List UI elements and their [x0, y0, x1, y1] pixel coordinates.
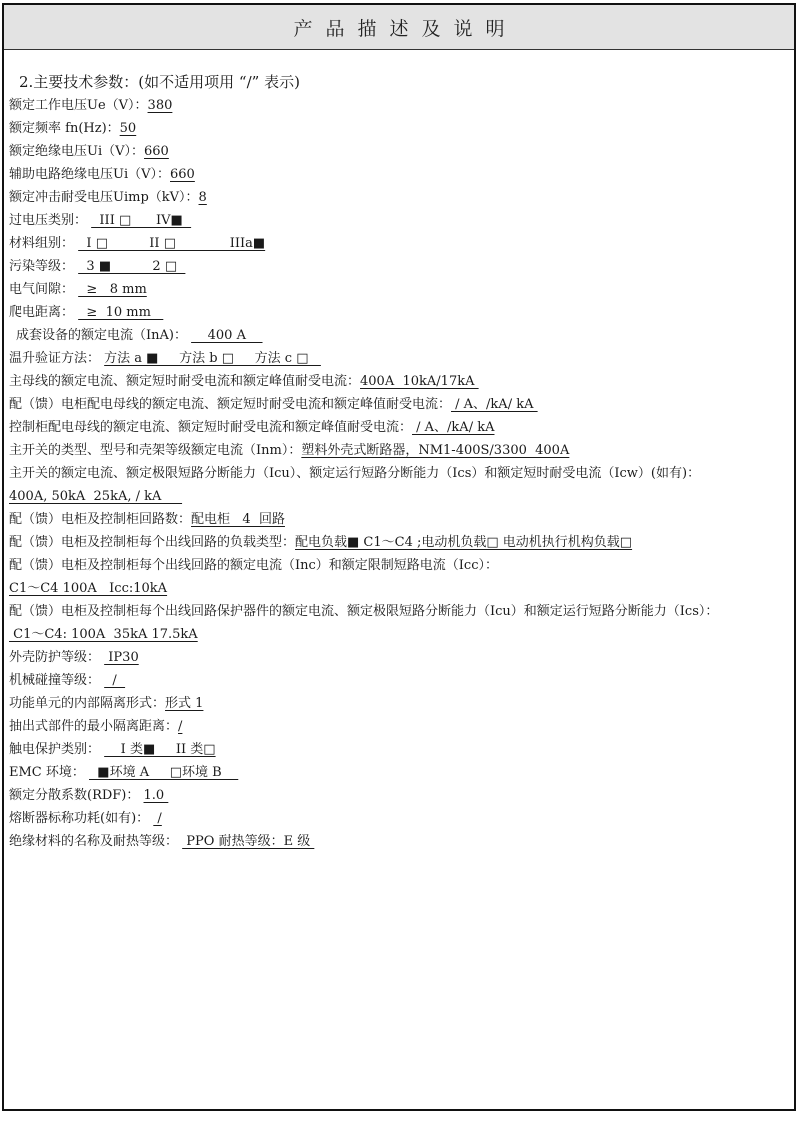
param-internal-separation: 功能单元的内部隔离形式：形式 1 — [9, 692, 792, 715]
param-value: / — [104, 673, 125, 688]
param-value: 配电柜 4 回路 — [191, 512, 285, 527]
param-main-busbar: 主母线的额定电流、额定短时耐受电流和额定峰值耐受电流：400A 10kA/17k… — [9, 370, 792, 393]
param-value: / A、/kA/ kA — [412, 420, 494, 435]
param-rated-voltage: 额定工作电压Ue（V）：380 — [9, 94, 792, 117]
param-value: C1～C4: 100A 35kA 17.5kA — [9, 627, 198, 642]
param-clearance: 电气间隙： ≥ 8 mm — [9, 278, 792, 301]
param-value: ≥ 8 mm — [78, 282, 147, 297]
params-content: 2.主要技术参数：(如不适用项用 “/” 表示) 额定工作电压Ue（V）：380… — [9, 70, 792, 853]
param-insulation-material: 绝缘材料的名称及耐热等级： PPO 耐热等级：E 级 — [9, 830, 792, 853]
param-value: 8 — [199, 190, 207, 205]
param-value: 1.0 — [144, 788, 169, 803]
param-impulse-voltage: 额定冲击耐受电压Uimp（kV）：8 — [9, 186, 792, 209]
param-value: 50 — [120, 121, 137, 136]
param-distribution-busbar: 配（馈）电柜配电母线的额定电流、额定短时耐受电流和额定峰值耐受电流： / A、/… — [9, 393, 792, 416]
param-value: ≥ 10 mm — [78, 305, 163, 320]
param-value: ■环境 A □环境 B — [89, 765, 238, 780]
page-title: 产品描述及说明 — [280, 14, 517, 41]
param-value: / — [153, 811, 162, 826]
param-value: / A、/kA/ kA — [451, 397, 538, 412]
param-emc-environment: EMC 环境： ■环境 A □环境 B — [9, 761, 792, 784]
param-creepage: 爬电距离： ≥ 10 mm — [9, 301, 792, 324]
param-rated-frequency: 额定频率 fn(Hz)：50 — [9, 117, 792, 140]
param-value: 塑料外壳式断路器，NM1-400S/3300 400A — [301, 443, 569, 458]
param-aux-insulation-voltage: 辅助电路绝缘电压Ui（V）：660 — [9, 163, 792, 186]
param-circuit-count: 配（馈）电柜及控制柜回路数：配电柜 4 回路 — [9, 508, 792, 531]
param-main-switch-ratings: 主开关的额定电流、额定极限短路分断能力（Icu）、额定运行短路分断能力（Ics）… — [9, 462, 792, 508]
param-value: 方法 a ■ 方法 b □ 方法 c □ — [104, 351, 321, 366]
param-rated-current-ina: 成套设备的额定电流（InA)： 400 A — [9, 324, 792, 347]
param-value: 400A, 50kA 25kA, / kA — [9, 489, 182, 504]
param-value: PPO 耐热等级：E 级 — [182, 834, 314, 849]
section-title: 2.主要技术参数：(如不适用项用 “/” 表示) — [19, 70, 792, 94]
param-value: 3 ■ 2 □ — [78, 259, 185, 274]
param-value: 400A 10kA/17kA — [360, 374, 479, 389]
param-ip-rating: 外壳防护等级： IP30 — [9, 646, 792, 669]
param-value: III □ IV■ — [91, 213, 191, 228]
param-temp-rise-method: 温升验证方法： 方法 a ■ 方法 b □ 方法 c □ — [9, 347, 792, 370]
param-value: 380 — [148, 98, 173, 113]
param-value: I 类■ II 类□ — [104, 742, 215, 757]
param-value: 配电负载■ C1～C4 ;电动机负载□ 电动机执行机构负载□ — [295, 535, 632, 550]
param-rdf: 额定分散系数(RDF)： 1.0 — [9, 784, 792, 807]
param-ik-rating: 机械碰撞等级： / — [9, 669, 792, 692]
param-shock-protection: 触电保护类别： I 类■ II 类□ — [9, 738, 792, 761]
param-pollution-degree: 污染等级： 3 ■ 2 □ — [9, 255, 792, 278]
param-load-type: 配（馈）电柜及控制柜每个出线回路的负载类型：配电负载■ C1～C4 ;电动机负载… — [9, 531, 792, 554]
param-value: 形式 1 — [165, 696, 203, 711]
param-material-group: 材料组别： I □ II □ IIIa■ — [9, 232, 792, 255]
param-value: 660 — [144, 144, 169, 159]
param-value: I □ II □ IIIa■ — [78, 236, 265, 251]
param-value: C1～C4 100A Icc:10kA — [9, 581, 167, 596]
param-value: 660 — [170, 167, 195, 182]
header-band: 产品描述及说明 — [4, 5, 794, 50]
param-control-busbar: 控制柜配电母线的额定电流、额定短时耐受电流和额定峰值耐受电流： / A、/kA/… — [9, 416, 792, 439]
param-fuse-power-loss: 熔断器标称功耗(如有)： / — [9, 807, 792, 830]
param-value: 400 A — [191, 328, 262, 343]
param-value: / — [178, 719, 182, 734]
param-protective-device: 配（馈）电柜及控制柜每个出线回路保护器件的额定电流、额定极限短路分断能力（Icu… — [9, 600, 792, 646]
param-withdrawable-distance: 抽出式部件的最小隔离距离：/ — [9, 715, 792, 738]
param-outgoing-current: 配（馈）电柜及控制柜每个出线回路的额定电流（Inc）和额定限制短路电流（Icc）… — [9, 554, 792, 600]
param-insulation-voltage: 额定绝缘电压Ui（V）：660 — [9, 140, 792, 163]
param-overvoltage-category: 过电压类别： III □ IV■ — [9, 209, 792, 232]
param-value: IP30 — [104, 650, 139, 665]
param-main-switch-type: 主开关的类型、型号和壳架等级额定电流（Inm）：塑料外壳式断路器，NM1-400… — [9, 439, 792, 462]
